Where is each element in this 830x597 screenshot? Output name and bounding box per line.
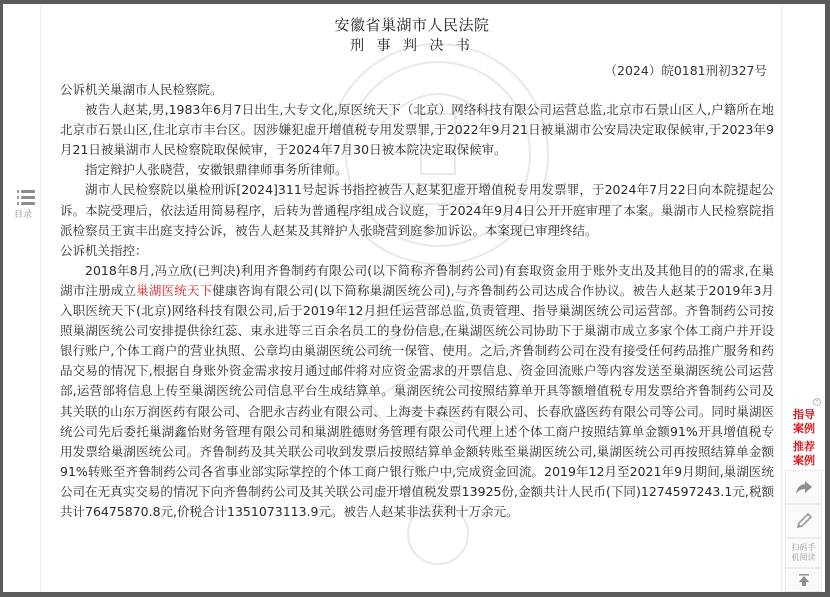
close-icon[interactable]: ×	[813, 398, 821, 406]
paragraph-procedure: 湖市人民检察院以巢检刑诉[2024]311号起诉书指控被告人赵某犯虚开增值税专用…	[60, 180, 774, 240]
left-sidebar: 目录	[3, 4, 41, 592]
case-number: （2024）皖0181刑初327号	[605, 61, 767, 79]
scan-qr-button[interactable]: 扫码手机阅读	[785, 538, 822, 568]
court-name: 安徽省巢湖市人民法院	[43, 14, 781, 35]
paragraph-defender: 指定辩护人张晓营，安徽银鼎律师事务所律师。	[60, 160, 774, 180]
pencil-icon	[795, 512, 813, 530]
guiding-cases-link[interactable]: 指导 案例	[782, 408, 826, 436]
paragraph-accusation-heading: 公诉机关指控：	[60, 241, 774, 261]
document-type: 刑 事 判 决 书	[43, 35, 781, 55]
toc-label: 目录	[9, 207, 37, 220]
right-sidebar: × 指导 案例 推荐 案例 扫码手机阅读	[781, 4, 825, 592]
highlighted-company-name[interactable]: 巢湖医统天下	[136, 283, 212, 298]
document-page: 安徽省巢湖市人民法院 刑 事 判 决 书 （2024）皖0181刑初327号 公…	[43, 4, 781, 592]
back-to-top-button[interactable]	[785, 568, 822, 592]
facts-text-after: 健康咨询有限公司(以下简称巢湖医统公司),与齐鲁制药公司达成合作协议。被告人赵某…	[60, 283, 774, 519]
share-button[interactable]	[785, 470, 822, 504]
scan-label: 扫码手机阅读	[791, 543, 817, 563]
toc-button[interactable]: 目录	[9, 190, 37, 220]
share-icon	[795, 479, 813, 495]
list-icon	[9, 190, 37, 205]
judgment-body: 公诉机关巢湖市人民检察院。 被告人赵某,男,1983年6月7日出生,大专文化,原…	[60, 80, 774, 522]
paragraph-prosecutor: 公诉机关巢湖市人民检察院。	[60, 80, 774, 100]
recommended-cases-link[interactable]: 推荐 案例	[782, 440, 826, 468]
paragraph-defendant: 被告人赵某,男,1983年6月7日出生,大专文化,原医统天下（北京）网络科技有限…	[60, 100, 774, 160]
edit-button[interactable]	[785, 504, 822, 538]
back-to-top-icon	[797, 573, 811, 587]
document-viewer: 目录 安徽省巢湖市人民法院 刑 事 判 决 书 （2024）皖0181刑初327…	[3, 4, 825, 592]
paragraph-facts: 2018年8月,冯立欣(已判决)利用齐鲁制药有限公司(以下简称齐鲁制药公司)有套…	[60, 261, 774, 522]
